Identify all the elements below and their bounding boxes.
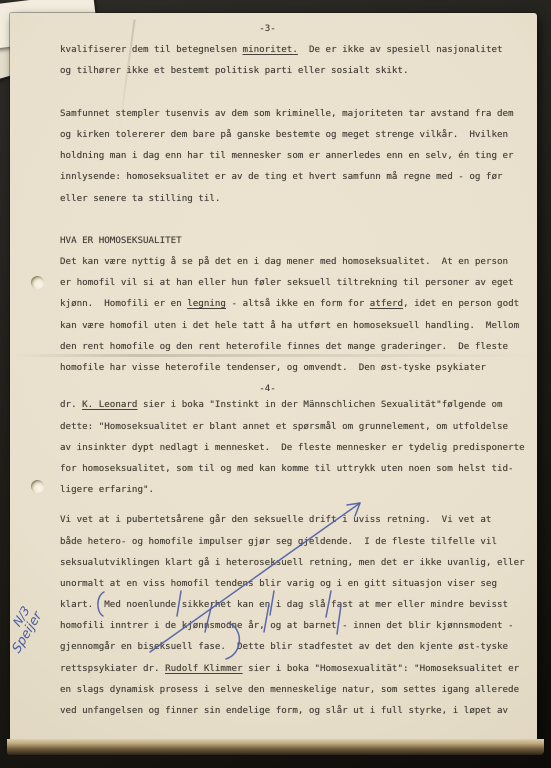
text-line: Det kan være nyttig å se på det en i dag… bbox=[60, 251, 527, 272]
text-segment: - altså ikke en form for bbox=[226, 298, 370, 309]
text-line: den rent homofile og den rent heterofile… bbox=[60, 336, 527, 357]
text-segment: en slags dynamisk prosess i selve den me… bbox=[60, 684, 519, 695]
text-line: unormalt at en viss homofil tendens blir… bbox=[60, 573, 527, 594]
text-segment: av insinkter dypt nedlagt i mennesket. D… bbox=[60, 442, 525, 453]
text-segment: og kirken tolererer dem bare på ganske b… bbox=[60, 129, 508, 140]
bottom-page-stack-edge bbox=[7, 739, 544, 755]
underlined-text: K. Leonard bbox=[82, 399, 137, 410]
text-segment: kjønn. Homofili er en bbox=[60, 298, 187, 309]
text-segment: eller senere ta stilling til. bbox=[60, 193, 220, 204]
text-line: seksualutviklingen klart gå i heteroseks… bbox=[60, 552, 527, 573]
text-segment: sier i boka "Homosexualität": "Homoseksu… bbox=[243, 663, 520, 674]
text-segment: homofili inntrer i de kjønnsmodne år, og… bbox=[60, 620, 514, 631]
text-segment: -3- bbox=[259, 23, 276, 34]
page-number-block: -4- bbox=[60, 378, 527, 399]
text-segment: De er ikke av spesiell nasjonalitet bbox=[298, 44, 503, 55]
paragraph: Vi vet at i pubertetsårene går den seksu… bbox=[60, 509, 527, 721]
text-line: kjønn. Homofili er en legning - altså ik… bbox=[60, 293, 527, 314]
text-line: eller senere ta stilling til. bbox=[60, 188, 527, 209]
underlined-text: legning bbox=[187, 298, 226, 309]
text-segment: rettspsykiater dr. bbox=[60, 663, 165, 674]
text-segment: , idet en person godt bbox=[403, 298, 519, 309]
text-segment: dr. bbox=[60, 399, 82, 410]
text-segment: ligere erfaring". bbox=[60, 484, 154, 495]
text-line: ved unfangelsen og finner sin endelige f… bbox=[60, 700, 527, 721]
text-line: gjennomgår en biseksuell fase. Dette bli… bbox=[60, 636, 527, 657]
text-line: Samfunnet stempler tusenvis av dem som k… bbox=[60, 103, 527, 124]
text-segment: gjennomgår en biseksuell fase. Dette bli… bbox=[60, 641, 508, 652]
text-line: for homoseksualitet, som til og med kan … bbox=[60, 458, 527, 479]
text-segment: og tilhører ikke et bestemt politisk par… bbox=[60, 65, 408, 76]
paragraph: dr. K. Leonard sier i boka "Instinkt in … bbox=[60, 394, 527, 500]
paragraph: Samfunnet stempler tusenvis av dem som k… bbox=[60, 103, 527, 209]
page-number-block: -3- bbox=[60, 18, 527, 39]
text-segment: homofile har visse heterofile tendenser,… bbox=[60, 362, 486, 373]
text-segment: innlysende: homoseksualitet er av de tin… bbox=[60, 171, 503, 182]
paper-page: -3-kvalifiserer dem til betegnelsen mino… bbox=[10, 13, 537, 740]
underlined-text: Rudolf Klimmer bbox=[165, 663, 242, 674]
text-line: en slags dynamisk prosess i selve den me… bbox=[60, 679, 527, 700]
text-line: er homofil vil si at han eller hun føler… bbox=[60, 272, 527, 293]
text-column: -3-kvalifiserer dem til betegnelsen mino… bbox=[10, 13, 537, 721]
text-line: kvalifiserer dem til betegnelsen minorit… bbox=[60, 39, 527, 60]
text-line: og tilhører ikke et bestemt politisk par… bbox=[60, 60, 527, 81]
section-heading: HVA ER HOMOSEKSUALITET bbox=[60, 230, 527, 251]
text-line: homofile har visse heterofile tendenser,… bbox=[60, 357, 527, 378]
text-line: og kirken tolererer dem bare på ganske b… bbox=[60, 124, 527, 145]
text-line: av insinkter dypt nedlagt i mennesket. D… bbox=[60, 437, 527, 458]
text-line: homofili inntrer i de kjønnsmodne år, og… bbox=[60, 615, 527, 636]
text-segment: HVA ER HOMOSEKSUALITET bbox=[60, 235, 182, 246]
text-segment: holdning man i dag enn har til mennesker… bbox=[60, 150, 514, 161]
underlined-text: atferd bbox=[370, 298, 403, 309]
text-segment: seksualutviklingen klart gå i heteroseks… bbox=[60, 557, 525, 568]
text-segment: den rent homofile og den rent heterofile… bbox=[60, 341, 508, 352]
page-number-text: -3- bbox=[34, 18, 501, 39]
text-line: rettspsykiater dr. Rudolf Klimmer sier i… bbox=[60, 658, 527, 679]
text-line: ligere erfaring". bbox=[60, 479, 527, 500]
text-segment: -4- bbox=[259, 383, 276, 394]
page-number-text: -4- bbox=[34, 378, 501, 399]
text-line: både hetero- og homofile impulser gjør s… bbox=[60, 531, 527, 552]
text-segment: sier i boka "Instinkt in der Männschlich… bbox=[137, 399, 502, 410]
text-segment: Det kan være nyttig å se på det en i dag… bbox=[60, 256, 508, 267]
paragraph: HVA ER HOMOSEKSUALITETDet kan være nytti… bbox=[60, 230, 527, 378]
text-segment: klart. Med noenlunde sikkerhet kan en i … bbox=[60, 599, 508, 610]
text-segment: kan være homofil uten i det hele tatt å … bbox=[60, 320, 519, 331]
text-segment: dette: "Homoseksualitet er blant annet e… bbox=[60, 421, 508, 432]
text-segment: ved unfangelsen og finner sin endelige f… bbox=[60, 705, 508, 716]
text-line: innlysende: homoseksualitet er av de tin… bbox=[60, 166, 527, 187]
underlined-text: minoritet. bbox=[243, 44, 298, 55]
text-segment: både hetero- og homofile impulser gjør s… bbox=[60, 536, 497, 547]
text-segment: Vi vet at i pubertetsårene går den seksu… bbox=[60, 514, 491, 525]
text-line: dette: "Homoseksualitet er blant annet e… bbox=[60, 416, 527, 437]
text-segment: kvalifiserer dem til betegnelsen bbox=[60, 44, 243, 55]
text-line: kan være homofil uten i det hele tatt å … bbox=[60, 315, 527, 336]
text-line: holdning man i dag enn har til mennesker… bbox=[60, 145, 527, 166]
paragraph: kvalifiserer dem til betegnelsen minorit… bbox=[60, 39, 527, 81]
text-segment: Samfunnet stempler tusenvis av dem som k… bbox=[60, 108, 514, 119]
text-segment: er homofil vil si at han eller hun føler… bbox=[60, 277, 514, 288]
text-segment: for homoseksualitet, som til og med kan … bbox=[60, 463, 514, 474]
text-line: klart. Med noenlunde sikkerhet kan en i … bbox=[60, 594, 527, 615]
text-line: Vi vet at i pubertetsårene går den seksu… bbox=[60, 509, 527, 530]
text-segment: unormalt at en viss homofil tendens blir… bbox=[60, 578, 497, 589]
scanned-document-photo: -3-kvalifiserer dem til betegnelsen mino… bbox=[0, 0, 551, 768]
